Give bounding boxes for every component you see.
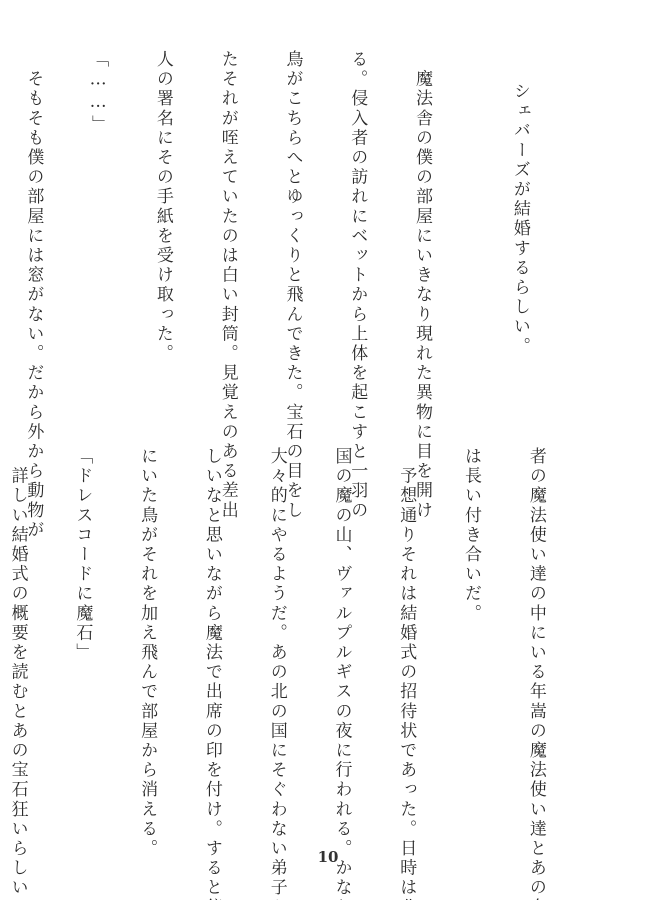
text-line: 予想通りそれは結婚式の招待状であった。日時は北の — [395, 447, 417, 817]
text-line: そもそも僕の部屋には窓がない。だから外から動物が — [22, 50, 44, 420]
text-line: 「ドレスコードに魔石」 — [71, 447, 93, 817]
chapter-title: シェバーズが結婚するらしい。 — [508, 50, 530, 420]
text-line: は長い付き合いだ。 — [459, 447, 481, 817]
text-line: しいなと思いながら魔法で出席の印を付け。すると傍 — [200, 447, 222, 817]
text-line: 魔法舎の僕の部屋にいきなり現れた異物に目を開け — [410, 50, 432, 420]
text-line: 国の魔の山、ヴァルプルギスの夜に行われる。かなり — [330, 447, 352, 817]
text-line: 者の魔法使い達の中にいる年嵩の魔法使い達とあの女 — [524, 447, 546, 817]
text-block-lower: 者の魔法使い達の中にいる年嵩の魔法使い達とあの女 は長い付き合いだ。 予想通りそ… — [0, 447, 589, 817]
text-line: 「……」 — [87, 50, 109, 420]
text-line: 詳しい結婚式の概要を読むとあの宝石狂いらしい一 — [6, 447, 28, 817]
text-block-upper: シェバーズが結婚するらしい。 魔法舎の僕の部屋にいきなり現れた異物に目を開け る… — [0, 50, 573, 420]
text-line: 大々的にやるようだ。あの北の国にそぐわない弟子ら — [265, 447, 287, 817]
text-line: 人の署名にその手紙を受け取った。 — [151, 50, 173, 420]
text-line: たそれが咥えていたのは白い封筒。見覚えのある差出 — [216, 50, 238, 420]
text-line: 鳥がこちらへとゆっくりと飛んできた。宝石の目をし — [281, 50, 303, 420]
book-page: シェバーズが結婚するらしい。 魔法舎の僕の部屋にいきなり現れた異物に目を開け る… — [0, 0, 656, 900]
page-number: 10 — [0, 848, 656, 866]
text-line: る。侵入者の訪れにベットから上体を起こすと一羽の — [346, 50, 368, 420]
text-line: にいた鳥がそれを加え飛んで部屋から消える。 — [136, 447, 158, 817]
